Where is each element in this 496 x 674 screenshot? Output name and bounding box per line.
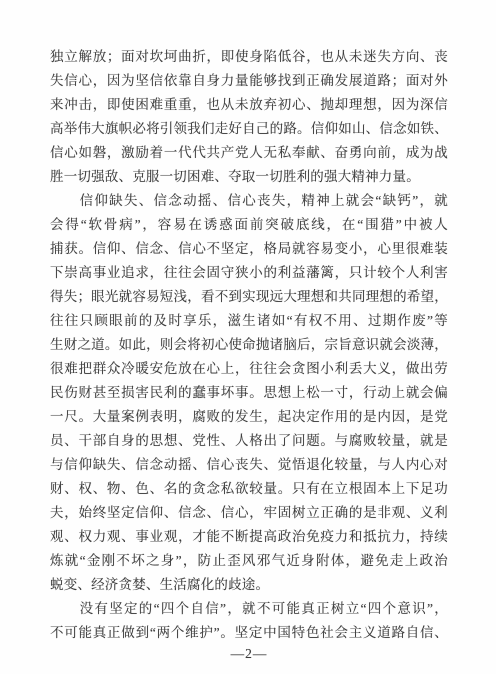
document-page: 独立解放；面对坎坷曲折，即使身陷低谷，也从未迷失方向、丧 失信心，因为坚信依靠自… bbox=[0, 0, 496, 674]
text-line: 观、权力观、事业观，才能不断提高政治免疫力和抵抗力，持续 bbox=[50, 525, 448, 549]
text-line: 失信心，因为坚信依靠自身力量能够找到正确发展道路；面对外 bbox=[50, 69, 448, 93]
text-line: 胜一切强敌、克服一切困难、夺取一切胜利的强大精神力量。 bbox=[50, 165, 448, 189]
text-line: 没有坚定的“四个自信”，就不可能真正树立“四个意识”， bbox=[50, 597, 448, 621]
text-line: 员、干部自身的思想、党性、人格出了问题。与腐败较量，就是 bbox=[50, 429, 448, 453]
text-line: 财、权、物、色、名的贪念私欲较量。只有在立根固本上下足功 bbox=[50, 477, 448, 501]
text-line: 生财之道。如此，则会将初心使命抛诸脑后，宗旨意识就会淡薄， bbox=[50, 333, 448, 357]
text-line: 民伤财甚至损害民利的蠢事坏事。思想上松一寸，行动上就会偏 bbox=[50, 381, 448, 405]
text-line: 往往只顾眼前的及时享乐，滋生诸如“有权不用、过期作废”等 bbox=[50, 309, 448, 333]
text-line: 与信仰缺失、信念动摇、信心丧失、觉悟退化较量，与人内心对 bbox=[50, 453, 448, 477]
text-line: 得失；眼光就容易短浅，看不到实现远大理想和共同理想的希望， bbox=[50, 285, 448, 309]
text-line: 高举伟大旗帜必将引领我们走好自己的路。信仰如山、信念如铁、 bbox=[50, 117, 448, 141]
page-number: —2— bbox=[50, 646, 448, 662]
document-body: 独立解放；面对坎坷曲折，即使身陷低谷，也从未迷失方向、丧 失信心，因为坚信依靠自… bbox=[50, 45, 448, 645]
text-line: 下崇高事业追求，往往会固守狭小的利益藩篱，只计较个人利害 bbox=[50, 261, 448, 285]
text-line: 炼就“金刚不坏之身”，防止歪风邪气近身附体，避免走上政治 bbox=[50, 549, 448, 573]
text-line: 不可能真正做到“两个维护”。坚定中国特色社会主义道路自信、 bbox=[50, 621, 448, 645]
text-line: 来冲击，即使困难重重，也从未放弃初心、抛却理想，因为深信 bbox=[50, 93, 448, 117]
text-line: 一尺。大量案例表明，腐败的发生，起决定作用的是内因，是党 bbox=[50, 405, 448, 429]
text-line: 蜕变、经济贪婪、生活腐化的歧途。 bbox=[50, 573, 448, 597]
text-line: 很难把群众冷暖安危放在心上，往往会贪图小利丢大义，做出劳 bbox=[50, 357, 448, 381]
text-line: 会得“软骨病”，容易在诱惑面前突破底线，在“围猎”中被人 bbox=[50, 213, 448, 237]
text-line: 夫，始终坚定信仰、信念、信心，牢固树立正确的是非观、义利 bbox=[50, 501, 448, 525]
text-line: 捕获。信仰、信念、信心不坚定，格局就容易变小，心里很难装 bbox=[50, 237, 448, 261]
text-line: 信仰缺失、信念动摇、信心丧失，精神上就会“缺钙”，就 bbox=[50, 189, 448, 213]
text-line: 信心如磐，激励着一代代共产党人无私奉献、奋勇向前，成为战 bbox=[50, 141, 448, 165]
text-line: 独立解放；面对坎坷曲折，即使身陷低谷，也从未迷失方向、丧 bbox=[50, 45, 448, 69]
